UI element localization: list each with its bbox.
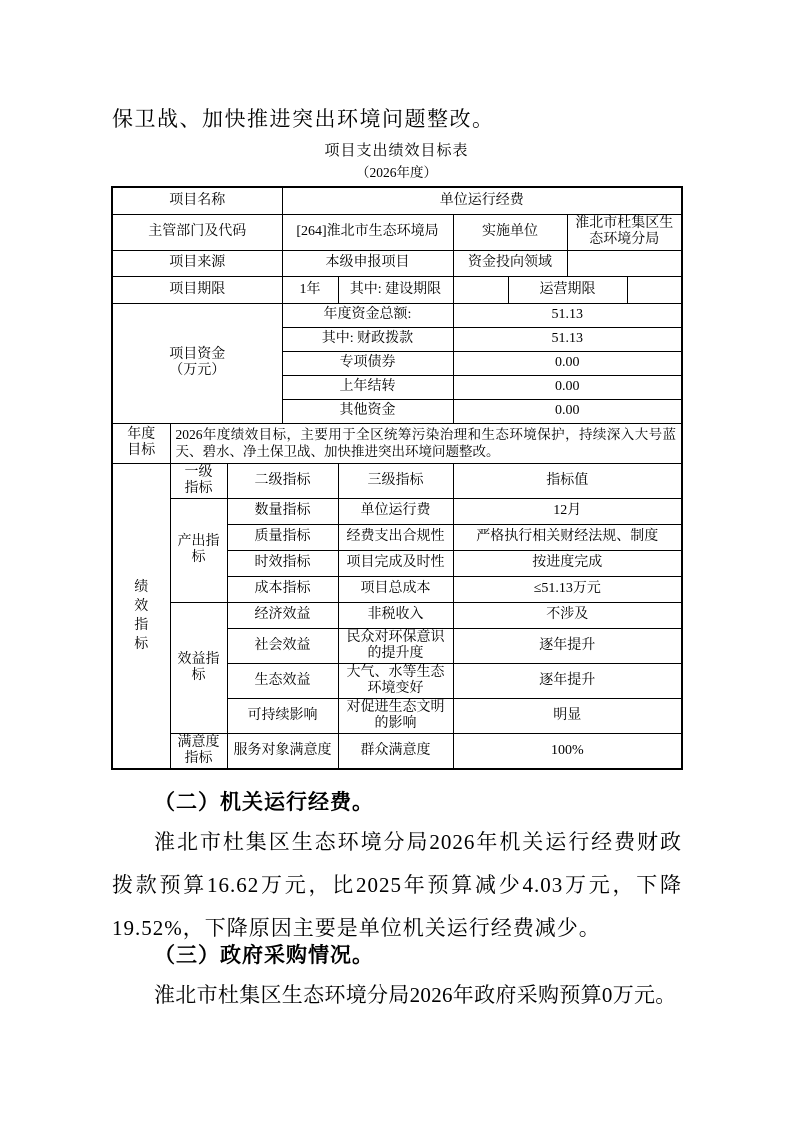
- indicator-l3: 对促进生态文明的影响: [338, 698, 453, 733]
- indicator-value: 12月: [453, 498, 682, 524]
- indicator-l2: 生态效益: [227, 663, 338, 698]
- dept-value: [264]淮北市生态环境局: [282, 214, 453, 250]
- indicator-l2: 经济效益: [227, 602, 338, 628]
- indicator-value: 逐年提升: [453, 663, 682, 698]
- indicator-l3: 单位运行费: [338, 498, 453, 524]
- indicator-value: 逐年提升: [453, 628, 682, 663]
- intro-line: 保卫战、加快推进突出环境问题整改。: [112, 103, 495, 133]
- funding-label-line1: 项目资金: [115, 347, 280, 363]
- header-value: 指标值: [453, 463, 682, 498]
- project-source-value: 本级申报项目: [282, 250, 453, 276]
- indicator-l3: 项目完成及时性: [338, 550, 453, 576]
- impl-unit-label: 实施单位: [453, 214, 567, 250]
- funding-row-name: 其他资金: [282, 399, 453, 423]
- table-row: 年度目标 2026年度绩效目标，主要用于全区统筹污染治理和生态环境保护，持续深入…: [112, 423, 682, 463]
- indicator-l2: 成本指标: [227, 576, 338, 602]
- header-level1: 一级指标: [170, 463, 227, 498]
- indicators-side-label: 绩效指标: [112, 463, 170, 769]
- funding-row-name: 专项债券: [282, 351, 453, 375]
- indicator-value: 明显: [453, 698, 682, 733]
- indicator-l3: 项目总成本: [338, 576, 453, 602]
- oper-period-label: 运营期限: [508, 276, 627, 303]
- annual-goal-label: 年度目标: [112, 423, 170, 463]
- header-level2: 二级指标: [227, 463, 338, 498]
- funding-row-value: 0.00: [453, 375, 682, 399]
- indicator-l2: 质量指标: [227, 524, 338, 550]
- table-row: 效益指标 经济效益 非税收入 不涉及: [112, 602, 682, 628]
- section-3-paragraph: 淮北市杜集区生态环境分局2026年政府采购预算0万元。: [112, 974, 682, 1017]
- table-row: 项目来源 本级申报项目 资金投向领域: [112, 250, 682, 276]
- group-benefit-label: 效益指标: [170, 602, 227, 733]
- table-row: 项目名称 单位运行经费: [112, 187, 682, 214]
- indicator-l3: 群众满意度: [338, 733, 453, 769]
- funding-row-value: 0.00: [453, 399, 682, 423]
- funding-row-value: 51.13: [453, 327, 682, 351]
- indicator-l2: 可持续影响: [227, 698, 338, 733]
- indicator-l2: 社会效益: [227, 628, 338, 663]
- table-row: 项目资金 （万元） 年度资金总额: 51.13: [112, 303, 682, 327]
- project-period-label: 项目期限: [112, 276, 282, 303]
- project-period-value: 1年: [282, 276, 338, 303]
- table-row: 绩效指标 一级指标 二级指标 三级指标 指标值: [112, 463, 682, 498]
- table-row: 产出指标 数量指标 单位运行费 12月: [112, 498, 682, 524]
- table-subtitle: （2026年度）: [0, 161, 793, 181]
- funding-row-value: 51.13: [453, 303, 682, 327]
- invest-field-label: 资金投向领域: [453, 250, 567, 276]
- funding-row-name: 年度资金总额:: [282, 303, 453, 327]
- table-row: 主管部门及代码 [264]淮北市生态环境局 实施单位 淮北市杜集区生态环境分局: [112, 214, 682, 250]
- performance-target-table: 项目名称 单位运行经费 主管部门及代码 [264]淮北市生态环境局 实施单位 淮…: [111, 186, 683, 770]
- document-page: 保卫战、加快推进突出环境问题整改。 项目支出绩效目标表 （2026年度） 项目名…: [0, 0, 793, 1122]
- group-output-label: 产出指标: [170, 498, 227, 602]
- project-source-label: 项目来源: [112, 250, 282, 276]
- project-name-label: 项目名称: [112, 187, 282, 214]
- funding-row-name: 其中: 财政拨款: [282, 327, 453, 351]
- funding-label: 项目资金 （万元）: [112, 303, 282, 423]
- invest-field-value: [567, 250, 682, 276]
- indicator-value: 按进度完成: [453, 550, 682, 576]
- funding-row-value: 0.00: [453, 351, 682, 375]
- indicator-value: 严格执行相关财经法规、制度: [453, 524, 682, 550]
- project-name-value: 单位运行经费: [282, 187, 682, 214]
- indicator-l2: 数量指标: [227, 498, 338, 524]
- build-period-value: [453, 276, 508, 303]
- table-row: 项目期限 1年 其中: 建设期限 运营期限: [112, 276, 682, 303]
- group-satisfaction-label: 满意度指标: [170, 733, 227, 769]
- indicator-value: 100%: [453, 733, 682, 769]
- funding-label-line2: （万元）: [115, 363, 280, 379]
- indicator-value: ≤51.13万元: [453, 576, 682, 602]
- section-2-heading: （二）机关运行经费。: [154, 786, 374, 816]
- annual-goal-text: 2026年度绩效目标，主要用于全区统筹污染治理和生态环境保护，持续深入大号蓝天、…: [170, 423, 682, 463]
- indicator-l3: 非税收入: [338, 602, 453, 628]
- build-period-label: 其中: 建设期限: [338, 276, 453, 303]
- dept-label: 主管部门及代码: [112, 214, 282, 250]
- impl-unit-value: 淮北市杜集区生态环境分局: [567, 214, 682, 250]
- indicator-l3: 经费支出合规性: [338, 524, 453, 550]
- indicator-l3: 大气、水等生态环境变好: [338, 663, 453, 698]
- section-3-heading: （三）政府采购情况。: [154, 939, 374, 969]
- indicator-l2: 服务对象满意度: [227, 733, 338, 769]
- indicator-value: 不涉及: [453, 602, 682, 628]
- funding-row-name: 上年结转: [282, 375, 453, 399]
- indicator-l3: 民众对环保意识的提升度: [338, 628, 453, 663]
- table-title: 项目支出绩效目标表: [0, 139, 793, 160]
- section-2-paragraph: 淮北市杜集区生态环境分局2026年机关运行经费财政拨款预算16.62万元，比20…: [112, 821, 682, 950]
- header-level3: 三级指标: [338, 463, 453, 498]
- table-row: 满意度指标 服务对象满意度 群众满意度 100%: [112, 733, 682, 769]
- indicator-l2: 时效指标: [227, 550, 338, 576]
- oper-period-value: [627, 276, 682, 303]
